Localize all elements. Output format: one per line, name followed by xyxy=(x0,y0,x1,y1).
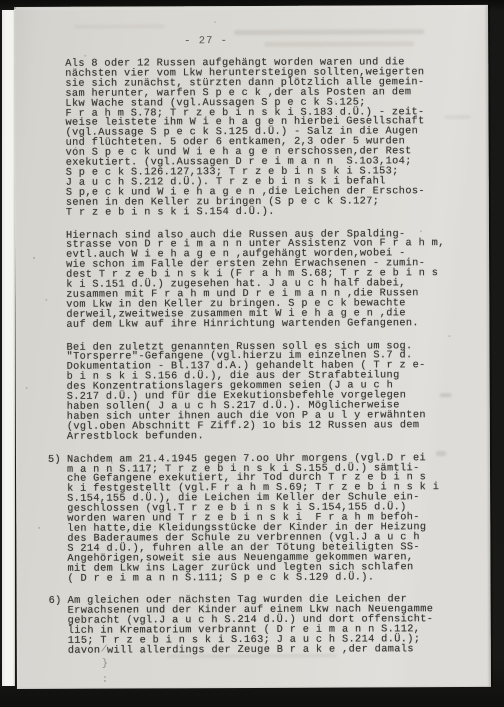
text-line: auf dem Lkw auf ihre Hinrichtung wartend… xyxy=(66,319,472,331)
document-page: - 27 - Als 8 oder 12 Russen aufgehängt w… xyxy=(14,5,491,689)
bleed-through-smudge xyxy=(264,41,414,47)
document-body: Als 8 oder 12 Russen aufgehängt worden w… xyxy=(65,58,474,657)
paragraph: Hiernach sind also auch die Russen aus d… xyxy=(66,230,472,331)
scan-noise xyxy=(14,7,16,9)
text-line: T r z e b i n s k i S.154 d.Ü.). xyxy=(66,207,472,219)
stray-mark: : xyxy=(102,675,108,686)
stray-mark: } xyxy=(102,659,108,670)
paragraph: 5)Nachdem am 21.4.1945 gegen 7.oo Uhr mo… xyxy=(67,454,474,585)
text-line: Arrestblock befunden. xyxy=(67,431,473,443)
bleed-through-smudge xyxy=(74,24,164,28)
text-line: ( D r e i m a n n S.111; S p e c k S.129… xyxy=(67,573,473,585)
paragraph: Bei den zuletzt genannten Russen soll es… xyxy=(66,342,472,443)
paragraph: 6)Am gleichen oder nächsten Tag wurden d… xyxy=(68,595,474,656)
text-line: davon will allerdings der Zeuge B r a k … xyxy=(68,645,474,657)
list-marker: 6) xyxy=(49,597,62,607)
scan-background: { "document": { "page_number": "- 27 -",… xyxy=(0,0,504,707)
paragraph: Als 8 oder 12 Russen aufgehängt worden w… xyxy=(65,58,472,218)
list-marker: 5) xyxy=(48,455,61,465)
page-edge-strip xyxy=(2,10,15,686)
bleed-through-smudge xyxy=(234,29,424,35)
page-number: - 27 - xyxy=(184,35,228,47)
